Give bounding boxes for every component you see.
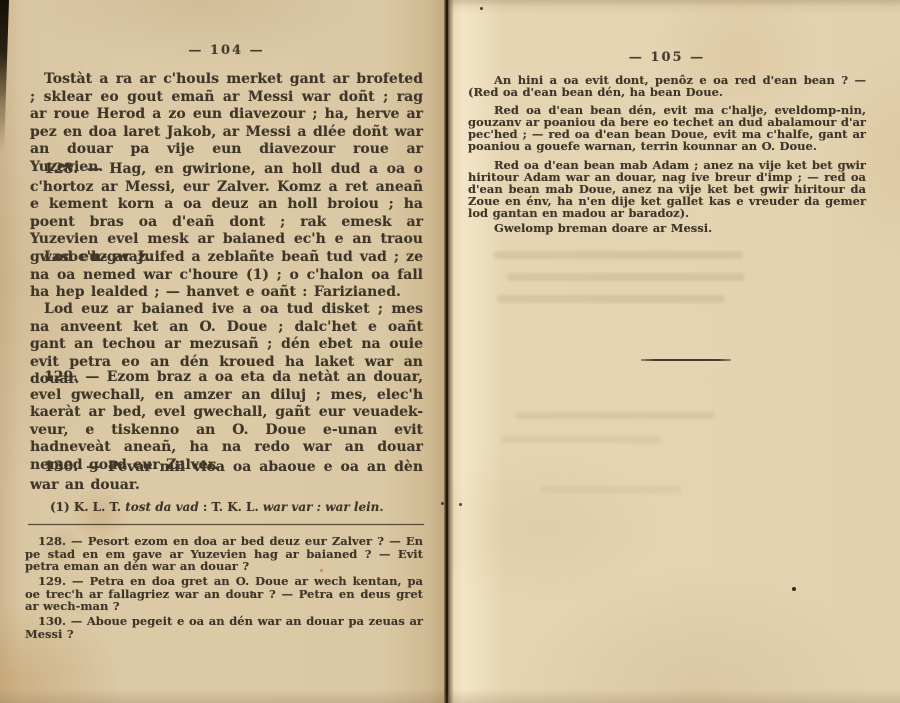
ink-speck [250,591,253,594]
footnote-ref: (1) K. L. T. [50,500,125,514]
book-spread: — 104 — Tostàt a ra ar c'houls merket ga… [0,0,900,703]
footnote-italic-1: tost da vad [125,500,199,514]
footnote-end: . [379,500,383,514]
bleed-through-line [501,436,661,443]
question-129: 129. — Petra en doa gret an O. Doue ar w… [25,575,423,613]
bleed-through-line [515,412,715,419]
bleed-through-line [493,251,743,259]
bleed-through-line [541,486,681,493]
ink-speck [792,587,796,591]
bleed-through-line [497,295,725,303]
paragraph-juifed: Lod euz ar Juifed a zeblañte beañ tud va… [30,249,423,302]
paragraph-an-hini: An hini a oa evit dont, penôz e oa red d… [468,74,866,98]
paragraph-130: 130. — Pevar mil vloa oa abaoue e oa an … [30,459,423,494]
footnote-sep: : T. K. L. [199,500,263,514]
paragraph-gwelomp: Gwelomp breman doare ar Messi. [468,222,866,234]
bleed-through-line [507,273,745,281]
paragraph-mab-adam: Red oa d'ean bean mab Adam ; anez na vij… [468,159,866,219]
footnote: (1) K. L. T. tost da vad : T. K. L. war … [30,500,423,514]
page-number-left: — 104 — [30,43,423,58]
footnote-rule [28,524,424,525]
footnote-italic-2: war var : war lein [263,500,380,514]
left-page: — 104 — Tostàt a ra ar c'houls merket ga… [0,0,446,703]
page-number-right: — 105 — [468,50,866,65]
question-128: 128. — Pesort ezom en doa ar bed deuz eu… [25,535,423,573]
section-divider [641,359,731,361]
ink-speck [480,7,483,10]
ink-speck [459,503,462,506]
stain-speck [320,569,323,572]
right-page: — 105 — An hini a oa evit dont, penôz e … [449,0,900,703]
question-130: 130. — Aboue pegeit e oa an dén war an d… [25,615,423,640]
page-bottom-edge [0,689,900,703]
paragraph-red-den: Red oa d'ean bean dén, evit ma c'halje, … [468,104,866,152]
